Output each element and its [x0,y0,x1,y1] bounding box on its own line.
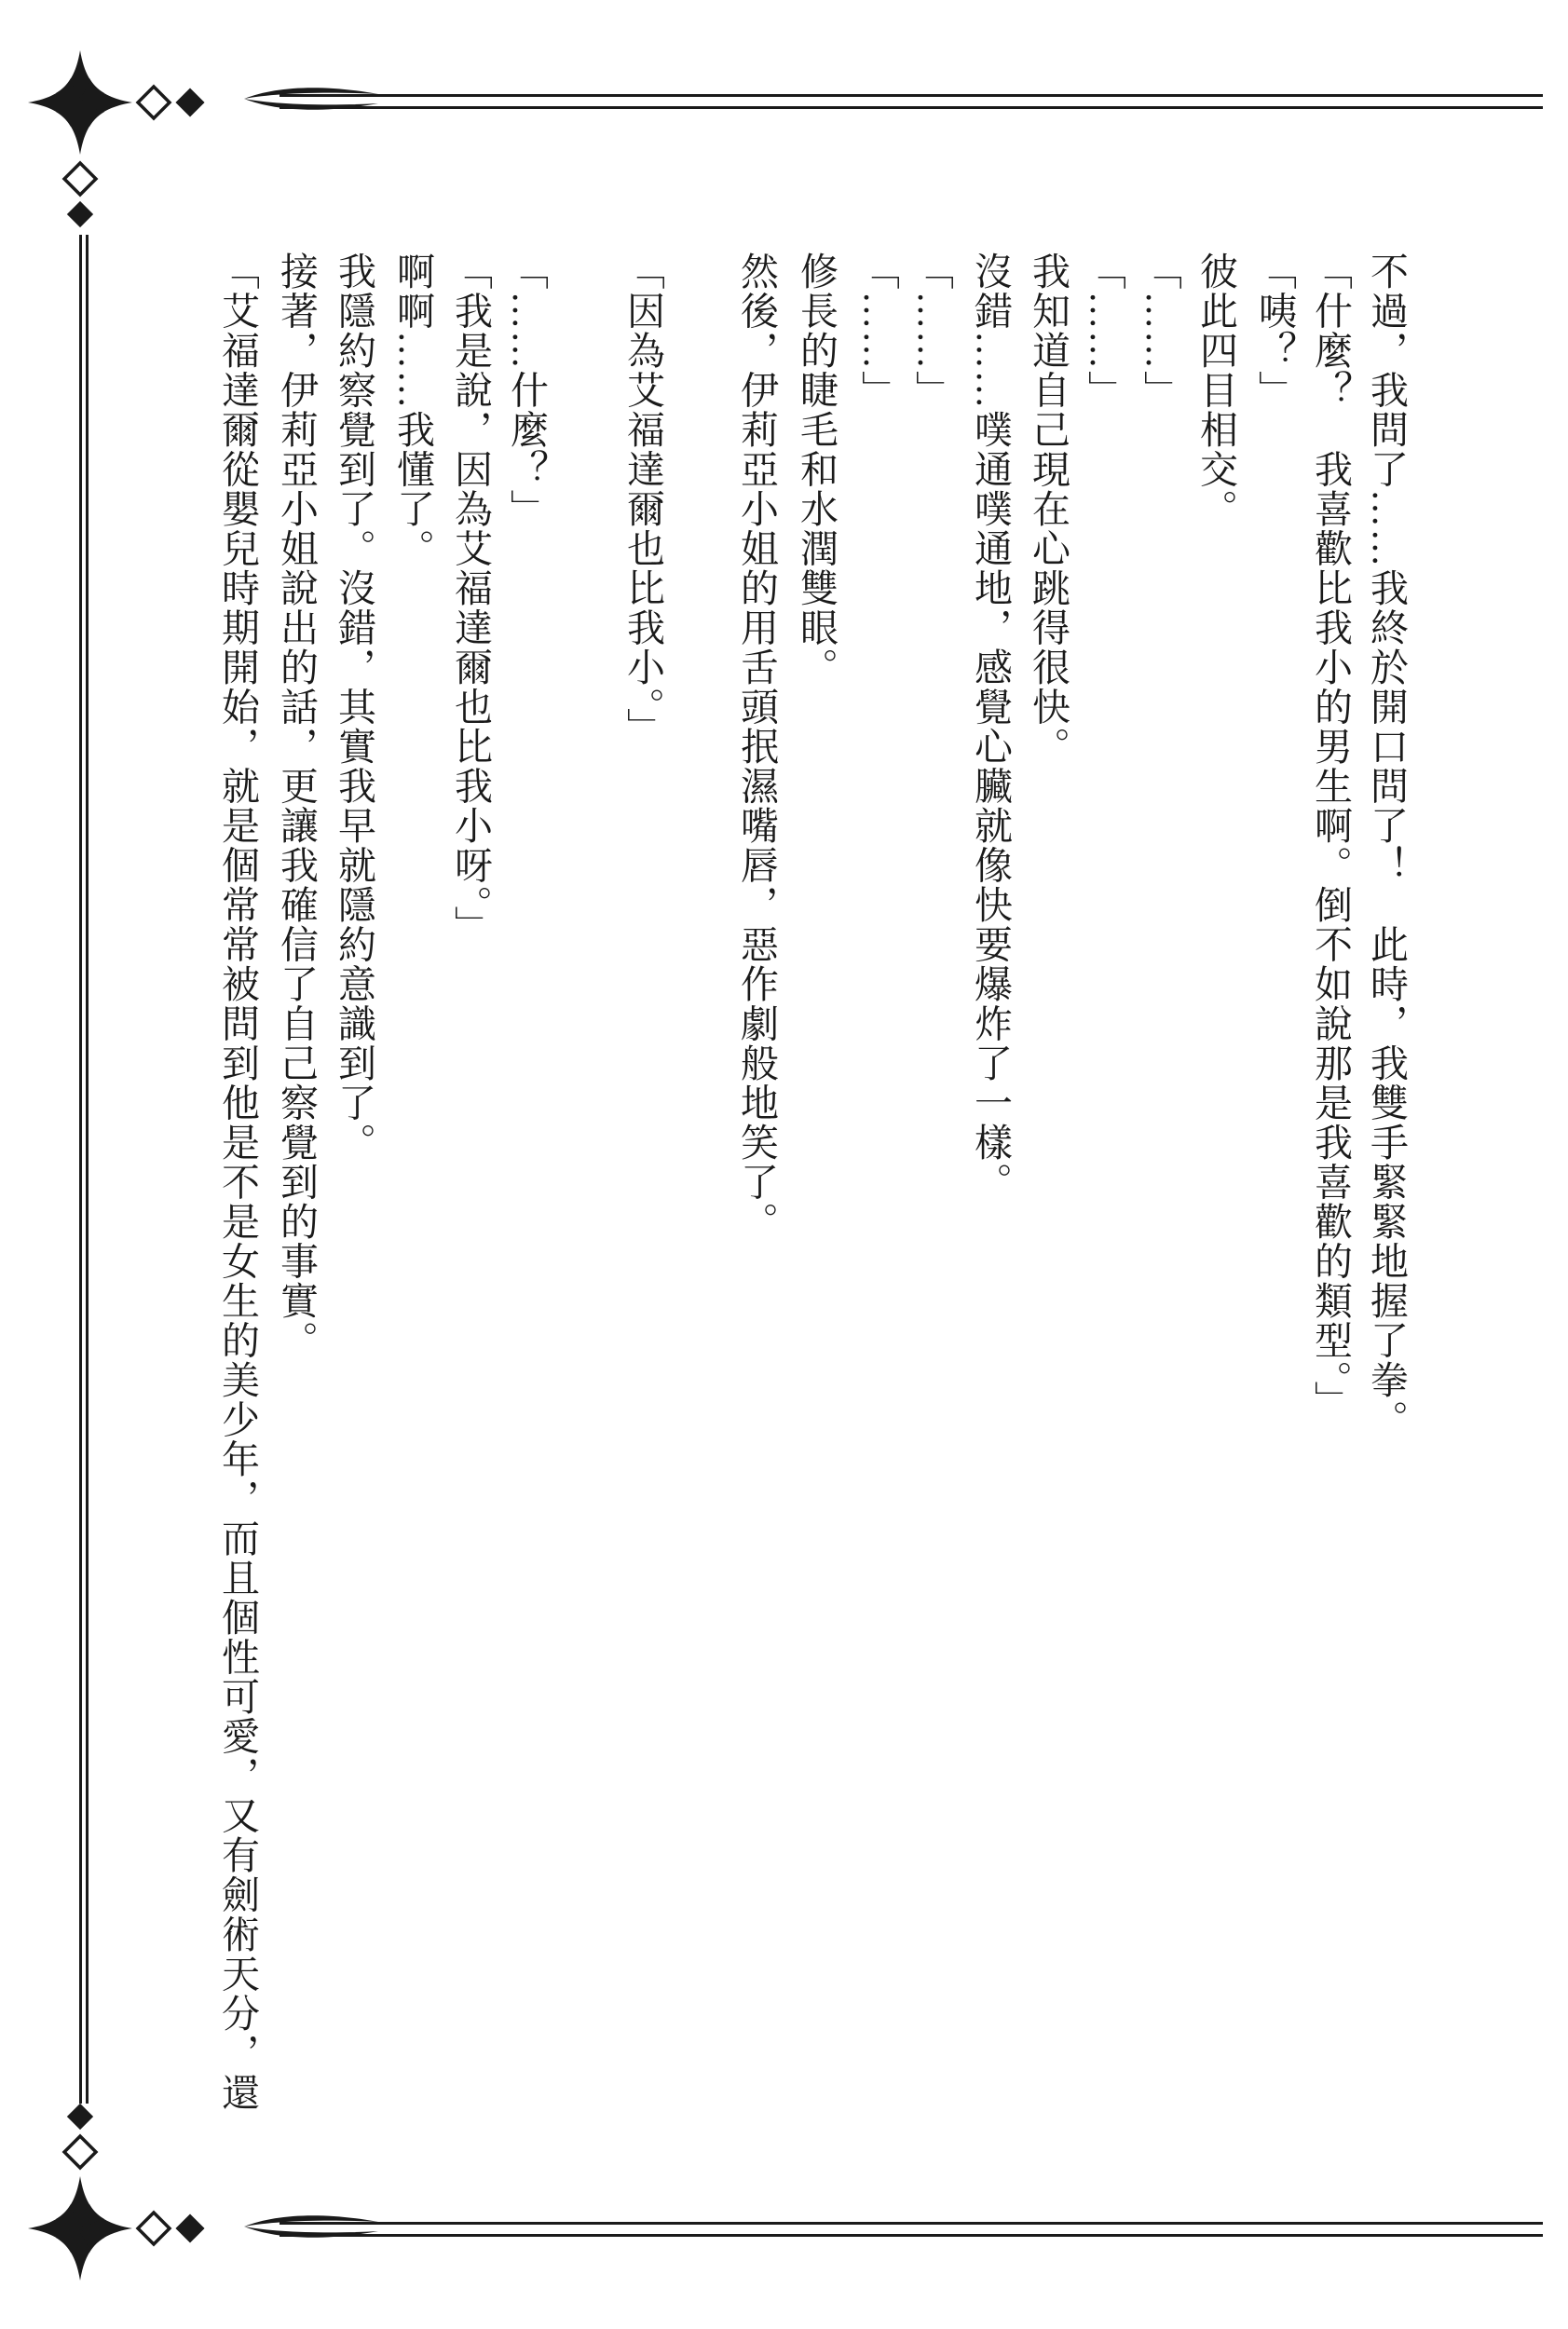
text-column-17: 我隱約察覺到了。沒錯，其實我早就隱約意識到了。 [326,252,382,1163]
text-column-7: 我知道自己現在心跳得很快。 [1020,252,1076,767]
bottom-rule [280,2222,1543,2237]
text-column-2: 「什麼？ 我喜歡比我小的男生啊。倒不如說那是我喜歡的類型。」 [1302,252,1358,1421]
text-column-18: 接著，伊莉亞小姐說出的話，更讓我確信了自己察覺到的事實。 [268,252,324,1360]
corner-cross-ornament-icon [22,2101,209,2292]
text-column-16: 啊啊……我懂了。 [385,252,441,568]
text-column-11: 修長的睫毛和水潤雙眼。 [788,252,844,688]
text-column-9: 「……」 [904,252,960,410]
text-column-15: 「我是說，因為艾福達爾也比我小呀。」 [443,252,498,946]
text-column-5: 「……」 [1132,252,1188,410]
text-column-3: 「咦？」 [1247,252,1302,410]
text-column-1: 不過，我問了……我終於開口問了！ 此時，我雙手緊緊地握了拳。 [1358,252,1414,1439]
book-page: 不過，我問了……我終於開口問了！ 此時，我雙手緊緊地握了拳。「什麼？ 我喜歡比我… [0,0,1568,2329]
text-column-4: 彼此四目相交。 [1188,252,1244,529]
corner-cross-ornament-icon [22,39,209,230]
text-column-10: 「……」 [850,252,906,410]
left-divider-line [86,235,89,2104]
text-column-14: 「……什麼？」 [498,252,554,529]
text-column-12: 然後，伊莉亞小姐的用舌頭抿濕嘴唇，惡作劇般地笑了。 [729,252,784,1242]
text-column-19: 「艾福達爾從嬰兒時期開始，就是個常常被問到他是不是女生的美少年，而且個性可愛，又… [210,252,266,2113]
rule-feather-icon [242,2211,382,2242]
left-divider-line [79,235,82,2104]
rule-feather-icon [242,83,382,115]
top-rule [280,94,1543,109]
text-column-6: 「……」 [1076,252,1132,410]
text-column-8: 沒錯……噗通噗通地，感覺心臟就像快要爆炸了一樣。 [962,252,1018,1202]
text-column-13: 「因為艾福達爾也比我小。」 [615,252,671,747]
